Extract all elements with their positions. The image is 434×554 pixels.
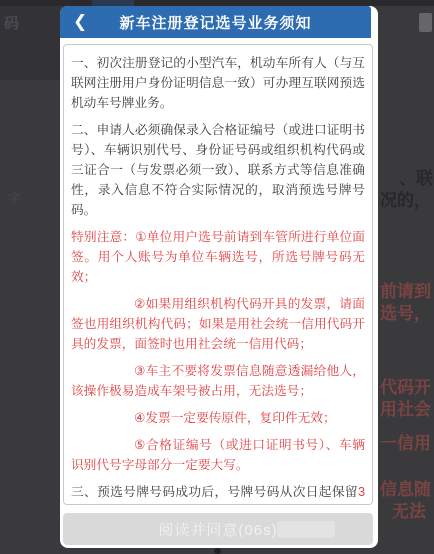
notice-paragraph: 特别注意：①单位用户选号前请到车管所进行单位面签。用个人账号为单位车辆选号，所选… bbox=[71, 227, 365, 287]
dimmed-background-text: 选号， bbox=[380, 305, 431, 322]
dimmed-background-text: 码 bbox=[4, 16, 19, 31]
notice-text-segment: ②如果用组织机构代码开具的发票，请面签也用组织机构代码；如果是用社会统一信用代码… bbox=[71, 297, 365, 351]
modal-title: 新车注册登记选号业务须知 bbox=[119, 12, 311, 33]
notice-paragraph: ②如果用组织机构代码开具的发票，请面签也用组织机构代码；如果是用社会统一信用代码… bbox=[71, 294, 365, 354]
dimmed-page-dot bbox=[214, 548, 221, 554]
notice-text-segment: 三、预选号牌号码成功后，号牌号码从次日起保留 bbox=[71, 485, 358, 499]
notice-text-segment: ③车主不要将发票信息随意透漏给他人，该操作极易造成车架号被占用，无法选号； bbox=[71, 364, 365, 398]
dimmed-background-text: 无法 bbox=[392, 503, 426, 520]
notice-paragraph: 二、申请人必须确保录入合格证编号（或进口证明书号）、车辆识别代号、身份证号码或组… bbox=[71, 120, 365, 220]
notice-text-segment: ④发票一定要传原件，复印件无效； bbox=[134, 411, 336, 425]
screen: 、联况的，前请到选号，代码开用社会一信用信息随无法码字 ❮ 新车注册登记选号业务… bbox=[0, 0, 434, 554]
notice-paragraph: ③车主不要将发票信息随意透漏给他人，该操作极易造成车架号被占用，无法选号； bbox=[71, 361, 365, 401]
dimmed-background-text: 、联 bbox=[399, 170, 433, 187]
read-and-agree-label: 阅读并同意(06s) bbox=[158, 519, 277, 540]
dimmed-page-element bbox=[419, 13, 432, 32]
notice-text-box: 一、初次注册登记的小型汽车，机动车所有人（与互联网注册用户身份证明信息一致）可办… bbox=[63, 44, 373, 505]
modal-body: 一、初次注册登记的小型汽车，机动车所有人（与互联网注册用户身份证明信息一致）可办… bbox=[60, 38, 378, 548]
notice-text-segment: 特别注意：①单位用户选号前请到车管所进行单位面签。用个人账号为单位车辆选号，所选… bbox=[71, 230, 365, 284]
notice-text-segment: ⑤合格证编号（或进口证明书号）、车辆识别代号字母部分一定要大写。 bbox=[71, 438, 365, 472]
notice-paragraph: ④发票一定要传原件，复印件无效； bbox=[71, 408, 365, 428]
dimmed-background-text: 一信用 bbox=[380, 435, 431, 452]
modal-header-wrap: ❮ 新车注册登记选号业务须知 bbox=[60, 6, 378, 38]
modal-header: ❮ 新车注册登记选号业务须知 bbox=[60, 6, 371, 38]
back-icon[interactable]: ❮ bbox=[73, 6, 87, 38]
notice-text-segment: 二、申请人必须确保录入合格证编号（或进口证明书号）、车辆识别代号、身份证号码或组… bbox=[71, 123, 365, 217]
dimmed-background-text: 前请到 bbox=[380, 283, 431, 300]
dimmed-background-text: 字 bbox=[8, 192, 21, 205]
dimmed-background-text: 用社会 bbox=[380, 401, 431, 418]
dimmed-background-text: 代码开 bbox=[380, 379, 431, 396]
notice-paragraph: 三、预选号牌号码成功后，号牌号码从次日起保留3个工作日（节假日、公休日顺延），逾… bbox=[71, 482, 365, 505]
notice-paragraph: ⑤合格证编号（或进口证明书号）、车辆识别代号字母部分一定要大写。 bbox=[71, 435, 365, 475]
notice-paragraph: 一、初次注册登记的小型汽车，机动车所有人（与互联网注册用户身份证明信息一致）可办… bbox=[71, 53, 365, 113]
notice-text-segment: 一、初次注册登记的小型汽车，机动车所有人（与互联网注册用户身份证明信息一致）可办… bbox=[71, 56, 365, 110]
button-highlight-smudge bbox=[277, 521, 335, 538]
notice-modal: ❮ 新车注册登记选号业务须知 一、初次注册登记的小型汽车，机动车所有人（与互联网… bbox=[60, 6, 378, 548]
read-and-agree-button[interactable]: 阅读并同意(06s) bbox=[63, 513, 373, 545]
dimmed-background-text: 况的， bbox=[380, 192, 431, 209]
dimmed-background-text: 信息随 bbox=[380, 481, 431, 498]
